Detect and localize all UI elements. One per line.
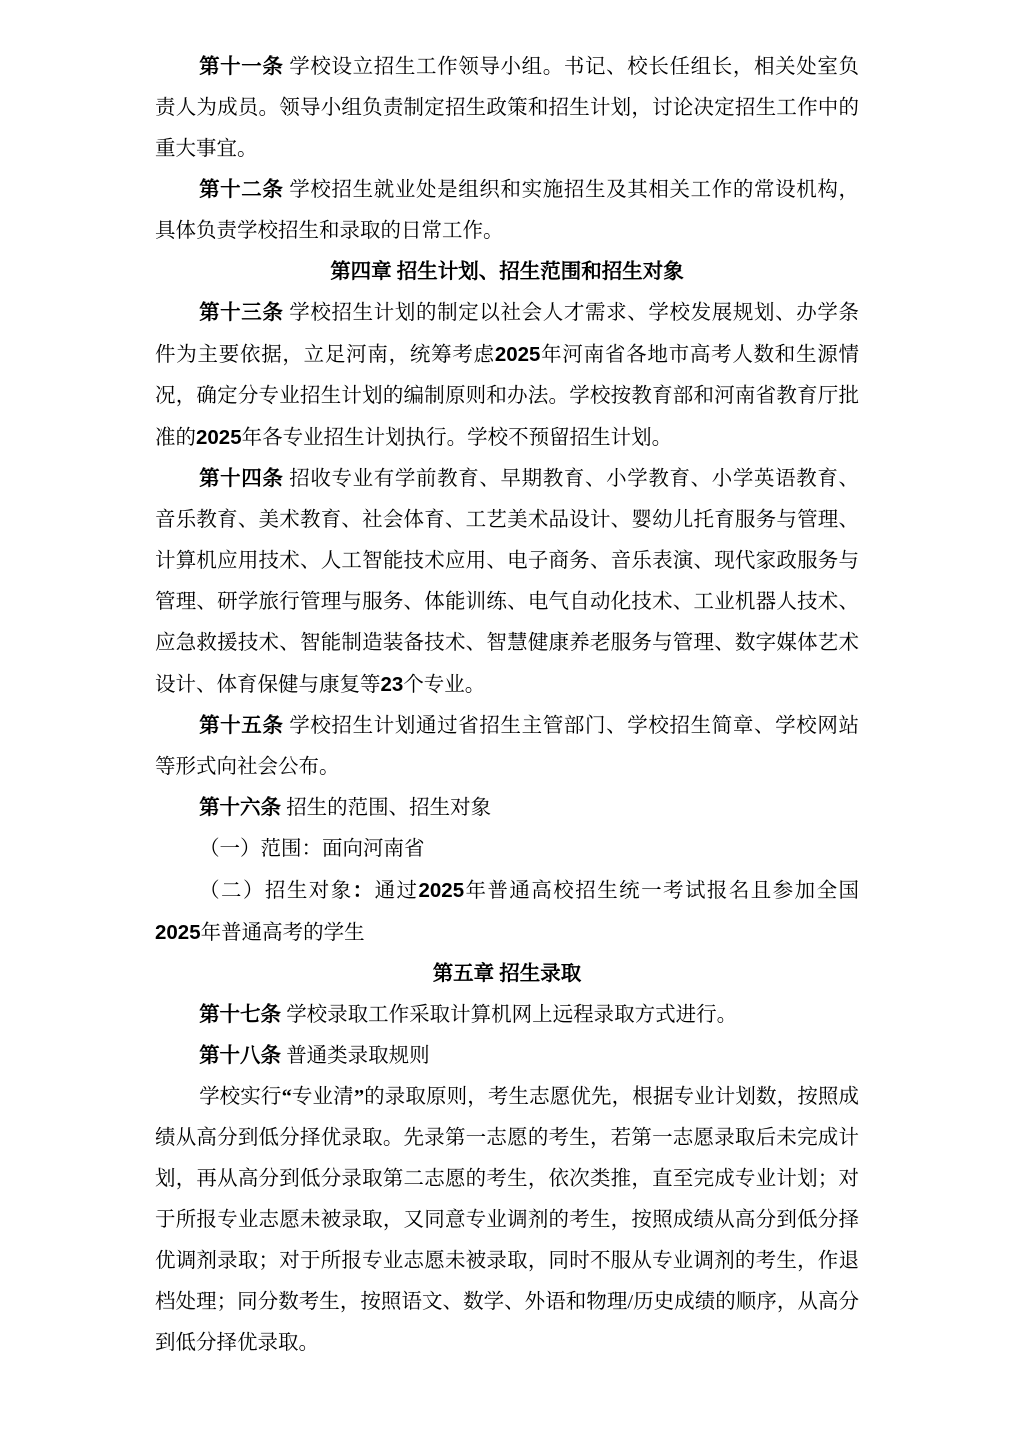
document-paragraph: 学校实行“专业清”的录取原则，考生志愿优先，根据专业计划数，按照成绩从高分到低分… <box>155 1077 859 1364</box>
text-segment: 招收专业有学前教育、早期教育、小学教育、小学英语教育、音乐教育、美术教育、社会体… <box>155 468 859 696</box>
bold-text-segment: ” <box>354 1086 364 1108</box>
bold-text-segment: 2025 <box>495 343 541 366</box>
text-segment: 的录取原则，考生志愿优先，根据专业计划数，按照成绩从高分到低分择优录取。先录第一… <box>155 1086 859 1354</box>
text-segment: 普通类录取规则 <box>281 1045 430 1067</box>
bold-text-segment: 第十七条 <box>199 1004 281 1026</box>
bold-text-segment: 2025 <box>419 879 465 902</box>
bold-text-segment: 第十八条 <box>199 1045 281 1067</box>
chapter-heading: 第五章 招生录取 <box>155 954 859 995</box>
bold-text-segment: “ <box>282 1086 292 1108</box>
bold-text-segment: 第五章 招生录取 <box>433 963 582 985</box>
document-paragraph: 第十三条 学校招生计划的制定以社会人才需求、学校发展规划、办学条件为主要依据，立… <box>155 293 859 459</box>
bold-text-segment: 2025 <box>196 426 242 449</box>
bold-text-segment: 第十六条 <box>199 797 281 819</box>
text-segment: 年普通高考的学生 <box>201 922 365 944</box>
document-page: 第十一条 学校设立招生工作领导小组。书记、校长任组长，相关处室负责人为成员。领导… <box>0 0 1014 1436</box>
text-segment: 通过 <box>375 880 419 902</box>
bold-text-segment: 2025 <box>155 921 201 944</box>
bold-text-segment: 第十三条 <box>199 302 284 324</box>
text-segment: （一）范围：面向河南省 <box>199 838 425 860</box>
text-segment: 年各专业招生计划执行。学校不预留招生计划。 <box>242 427 673 449</box>
document-paragraph: 第十二条 学校招生就业处是组织和实施招生及其相关工作的常设机构，具体负责学校招生… <box>155 170 859 252</box>
document-paragraph: 第十五条 学校招生计划通过省招生主管部门、学校招生简章、学校网站等形式向社会公布… <box>155 706 859 788</box>
document-paragraph: 第十六条 招生的范围、招生对象 <box>155 788 859 829</box>
text-segment: 个专业。 <box>403 674 485 696</box>
bold-text-segment: 第十五条 <box>199 715 284 737</box>
text-segment: 学校录取工作采取计算机网上远程录取方式进行。 <box>281 1004 737 1026</box>
chapter-heading: 第四章 招生计划、招生范围和招生对象 <box>155 252 859 293</box>
document-paragraph: 第十七条 学校录取工作采取计算机网上远程录取方式进行。 <box>155 995 859 1036</box>
document-paragraph: 第十一条 学校设立招生工作领导小组。书记、校长任组长，相关处室负责人为成员。领导… <box>155 47 859 170</box>
text-segment: 专业清 <box>292 1086 354 1108</box>
text-segment: 年普通高校招生统一考试报名且参加全国 <box>464 880 859 902</box>
document-paragraph: （一）范围：面向河南省 <box>155 829 859 870</box>
bold-text-segment: 第十四条 <box>199 468 284 490</box>
text-segment: （二）招生对象 <box>199 880 353 902</box>
text-segment: 招生的范围、招生对象 <box>281 797 491 819</box>
bold-text-segment: 第十一条 <box>199 56 284 78</box>
text-segment: 学校实行 <box>199 1086 282 1108</box>
document-paragraph: 第十四条 招收专业有学前教育、早期教育、小学教育、小学英语教育、音乐教育、美术教… <box>155 459 859 706</box>
document-paragraph: 第十八条 普通类录取规则 <box>155 1036 859 1077</box>
bold-text-segment: ： <box>353 880 375 902</box>
document-content: 第十一条 学校设立招生工作领导小组。书记、校长任组长，相关处室负责人为成员。领导… <box>155 47 859 1364</box>
document-paragraph: （二）招生对象：通过2025年普通高校招生统一考试报名且参加全国2025年普通高… <box>155 870 859 954</box>
bold-text-segment: 第十二条 <box>199 179 284 201</box>
bold-text-segment: 第四章 招生计划、招生范围和招生对象 <box>330 261 684 283</box>
bold-text-segment: 23 <box>381 673 404 696</box>
